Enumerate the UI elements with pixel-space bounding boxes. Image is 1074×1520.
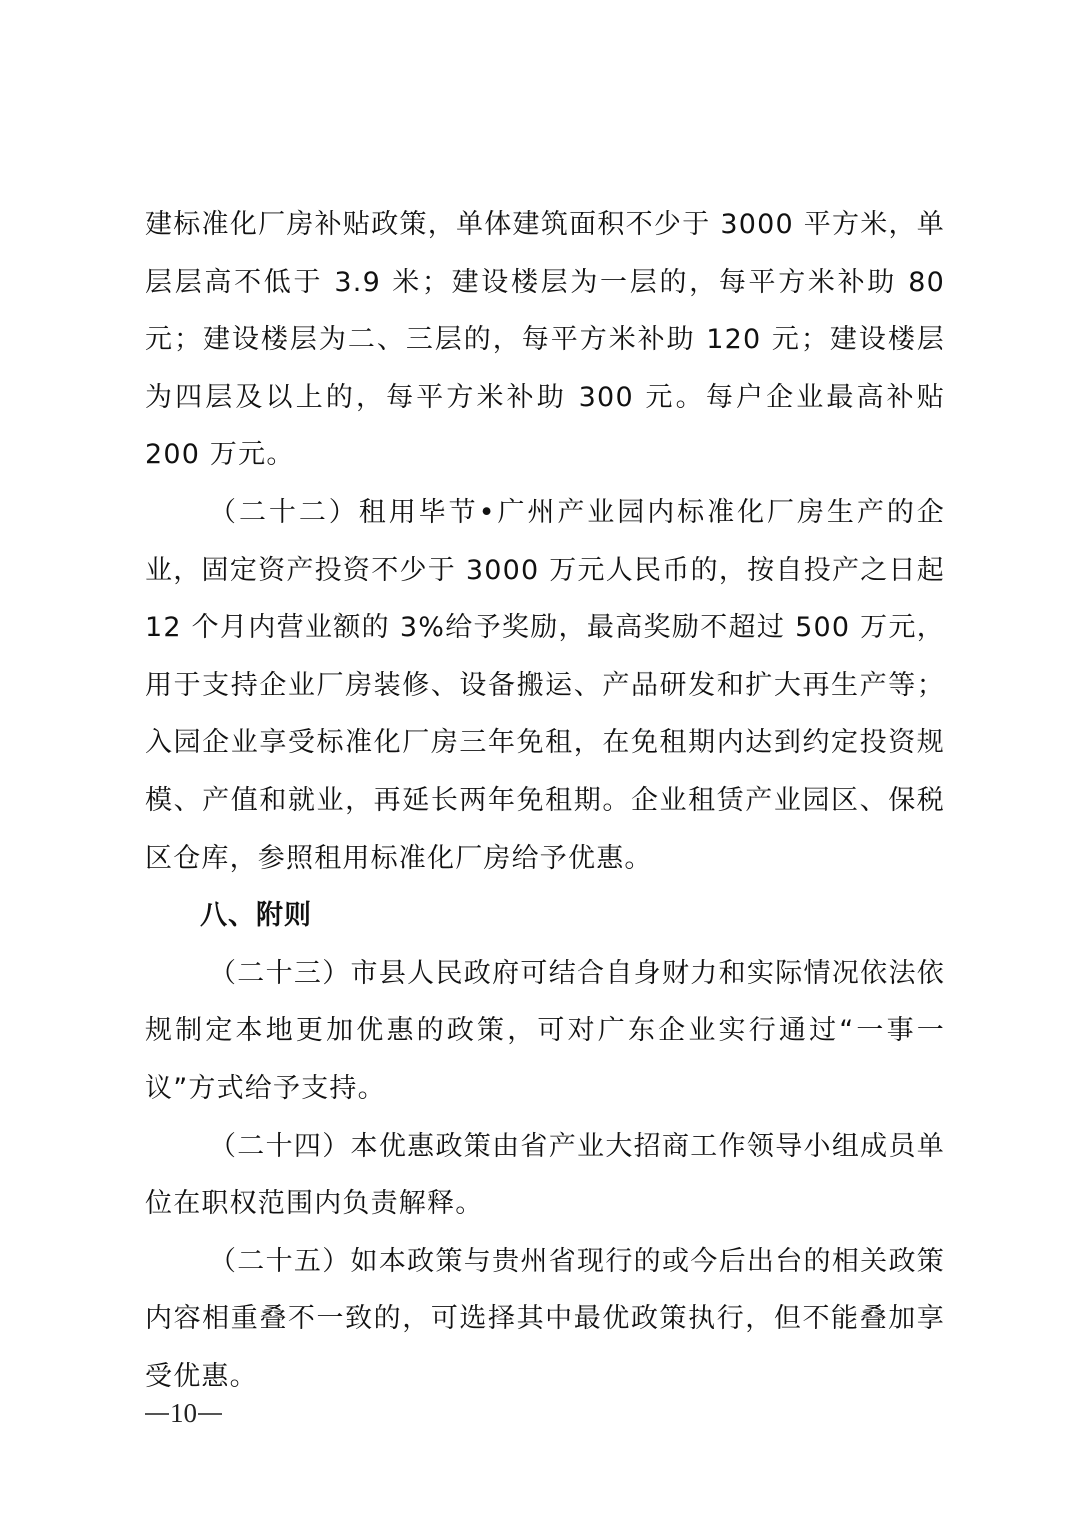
footer-dash-left [145, 1413, 169, 1415]
page-footer: 10 [145, 1398, 222, 1429]
paragraph-item-23: （二十三）市县人民政府可结合自身财力和实际情况依法依规制定本地更加优惠的政策，可… [145, 945, 945, 1118]
footer-dash-right [198, 1413, 222, 1415]
paragraph-item-22: （二十二）租用毕节•广州产业园内标准化厂房生产的企业，固定资产投资不少于 300… [145, 484, 945, 887]
section-heading-appendix: 八、附则 [145, 887, 945, 945]
paragraph-item-24: （二十四）本优惠政策由省产业大招商工作领导小组成员单位在职权范围内负责解释。 [145, 1118, 945, 1233]
paragraph-item-25: （二十五）如本政策与贵州省现行的或今后出台的相关政策内容相重叠不一致的，可选择其… [145, 1233, 945, 1406]
document-page: 建标准化厂房补贴政策，单体建筑面积不少于 3000 平方米，单层层高不低于 3.… [0, 0, 1074, 1520]
paragraph-standard-factory-subsidy: 建标准化厂房补贴政策，单体建筑面积不少于 3000 平方米，单层层高不低于 3.… [145, 196, 945, 484]
page-number: 10 [169, 1398, 198, 1429]
document-body: 建标准化厂房补贴政策，单体建筑面积不少于 3000 平方米，单层层高不低于 3.… [145, 196, 945, 1405]
